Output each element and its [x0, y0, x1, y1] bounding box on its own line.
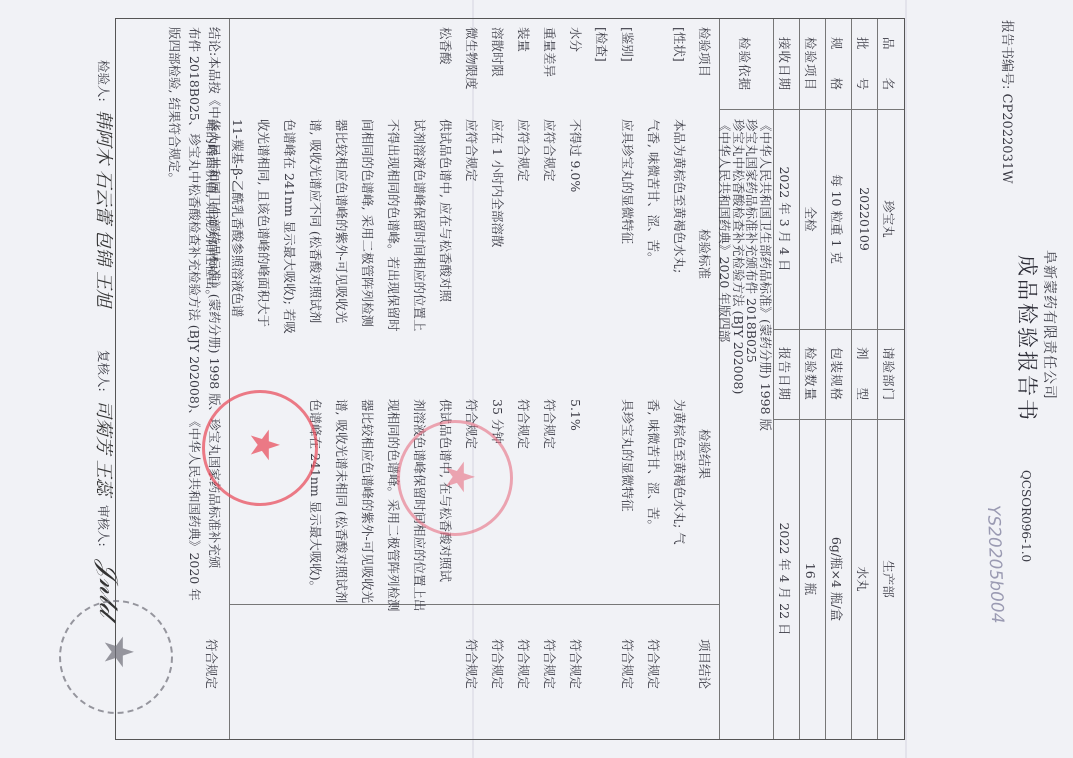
reviewer-signature: 司菊芳 王蕊: [92, 400, 118, 496]
basis-list: 《中华人民共和国卫生部药品标准》(蒙药分册) 1998 版 珍宝丸国家药品标准补…: [718, 119, 772, 431]
package-value: 6g/瓶×4 瓶/盒: [828, 419, 846, 739]
institute-inspection-stamp: ★: [202, 390, 318, 506]
row-conclusion: 符合规定: [510, 639, 536, 689]
row-item: 松香酸: [432, 27, 458, 65]
quantity-value: 16 瓶: [802, 419, 820, 739]
row-standard: 应在 1 小时内全部溶散: [484, 119, 510, 247]
conclusion-line: 版四部检验, 结果符合规定。: [164, 27, 184, 601]
row-item: 重量差异: [536, 27, 562, 77]
company-name: 阜新蒙药有限责任公司: [1040, 250, 1060, 400]
report-title: 成品检验报告书: [1013, 255, 1043, 423]
items-label: 检验项目: [802, 19, 820, 109]
received-label: 接收日期: [776, 19, 794, 109]
row-standard: 本品为黄棕色至黄褐色水丸;: [666, 119, 692, 273]
row-item: 溶散时限: [484, 27, 510, 77]
company-quality-stamp: ★: [397, 420, 513, 536]
row-conclusion: 符合规定: [640, 639, 666, 689]
row-conclusion: 符合规定: [484, 639, 510, 689]
report-date-value: 2022 年 4 月 22 日: [776, 419, 794, 739]
col-header-standard: 检验标准: [696, 229, 714, 279]
row-item: 水分: [562, 27, 588, 52]
report-number: 报告书编号: CP2022031W: [999, 20, 1018, 183]
row-conclusion: 符合规定: [536, 639, 562, 689]
form-value: 水丸: [854, 419, 872, 739]
row-standard: 气香, 味微苦甘、涩、苦。: [640, 119, 666, 264]
row-standard: 应符合规定: [536, 119, 562, 182]
row-item: 装量: [510, 27, 536, 52]
product-name-label: 品 名: [880, 19, 898, 109]
dept-label: 请验部门: [880, 329, 898, 419]
spec-label: 规 格: [828, 19, 846, 109]
row-conclusion: 符合规定: [562, 639, 588, 689]
inspector-label: 检验人:: [95, 60, 113, 102]
spec-value: 每 10 粒重 1 克: [828, 109, 846, 329]
basis-label: 检验依据: [736, 19, 754, 109]
form-label: 剂 型: [854, 329, 872, 419]
conclusion-block: 结论:本品按《中华人民共和国卫生部药品标准》(蒙药分册) 1998 版、珍宝丸国…: [164, 27, 224, 601]
row-result: 5.1%: [562, 399, 588, 431]
report-date-label: 报告日期: [776, 329, 794, 419]
batch-label: 批 号: [854, 19, 872, 109]
dept-value: 生产部: [880, 419, 898, 739]
basis-item: 《中华人民共和国卫生部药品标准》(蒙药分册) 1998 版: [759, 119, 773, 431]
row-item: [性状]: [666, 27, 692, 62]
conclusion-label: 结论:: [207, 27, 222, 56]
row-result: 符合规定: [510, 399, 536, 449]
inspector-signature: 韩阿木 石云蕾 包锦 王旭: [92, 110, 118, 307]
row-result: 为黄棕色至黄褐色水丸; 气: [666, 399, 692, 545]
basis-item: 《中华人民共和国药典》2020 年版四部: [718, 119, 732, 431]
handwritten-number: YS20205b004: [983, 505, 1007, 624]
row-standard: 供试品色谱中, 应在与松香酸对照试剂溶液色谱峰保留时间相应的位置上不得出现相同的…: [198, 119, 458, 334]
row-standard: 应符合规定: [510, 119, 536, 182]
row-standard: 不得过 9.0%: [562, 119, 588, 192]
conclusion-line: 布件 2018B025、珍宝丸中松香酸检查补充检验方法 (BJY 202008)…: [184, 27, 204, 601]
row-item: 微生物限度: [458, 27, 484, 90]
row-conclusion: 符合规定: [614, 639, 640, 689]
received-value: 2022 年 3 月 4 日: [776, 109, 794, 329]
product-name-value: 珍宝丸: [880, 109, 898, 329]
batch-value: 20220109: [857, 109, 872, 329]
row-standard: 应符合规定: [458, 119, 484, 182]
form-number: QCSOR096-1.0: [1019, 470, 1033, 562]
row-standard: 应具珍宝丸的显微特征: [614, 119, 640, 244]
row-result: 香, 味微苦甘、涩、苦。: [640, 399, 666, 532]
basis-item: 珍宝丸国家药品标准补充颁布件 2018B025: [745, 119, 759, 431]
col-header-item: 检验项目: [696, 27, 714, 77]
row-conclusion: 符合规定: [198, 639, 224, 689]
quantity-label: 检验数量: [802, 329, 820, 419]
row-result: 符合规定: [536, 399, 562, 449]
row-item: [鉴别]: [614, 27, 640, 62]
row-item: [检查]: [588, 27, 614, 62]
col-header-result: 检验结果: [696, 429, 714, 479]
reviewer-label: 复核人:: [95, 350, 113, 392]
report-table: 品 名 珍宝丸 请验部门 生产部 批 号 20220109 剂 型 水丸 规 格…: [115, 18, 905, 740]
basis-item: 珍宝丸中松香酸检查补充检验方法 (BJY 202008): [732, 119, 746, 431]
row-result: 具珍宝丸的显微特征: [614, 399, 640, 512]
report-number-value: CP2022031W: [999, 94, 1014, 184]
items-value: 全检: [802, 109, 820, 329]
approver-label: 审核人:: [95, 505, 113, 547]
conclusion-line: 本品按《中华人民共和国卫生部药品标准》(蒙药分册) 1998 版、珍宝丸国家药品…: [207, 56, 222, 568]
row-conclusion: 符合规定: [458, 639, 484, 689]
approval-stamp: ★: [59, 600, 173, 714]
report-number-label: 报告书编号:: [999, 20, 1014, 89]
col-header-conclusion: 项目结论: [696, 639, 714, 689]
report-sheet: 阜新蒙药有限责任公司 成品检验报告书 QCSOR096-1.0 YS20205b…: [0, 0, 1073, 758]
package-label: 包装规格: [828, 329, 846, 419]
